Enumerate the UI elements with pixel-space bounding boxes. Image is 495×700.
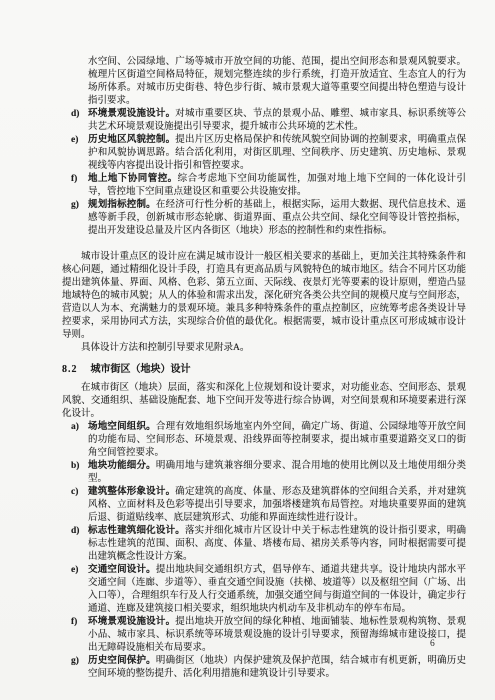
list-item-title: 历史空间保护。 xyxy=(88,656,156,666)
list-item-title: 标志性建筑细化设计。 xyxy=(88,526,185,536)
section-number: 8.2 xyxy=(62,364,78,375)
list-item: e)历史地区风貌控制。提出片区历史格局保护和传统风貌空间协调的控制要求，明确重点… xyxy=(62,134,466,173)
list-item-marker: a) xyxy=(71,421,79,434)
list-item-title: 场地空间组织。 xyxy=(88,422,156,432)
list-item-marker: b) xyxy=(71,460,79,473)
section-title: 城市街区（地块）设计 xyxy=(91,364,191,375)
list-item-title: 环境景观设施设计。 xyxy=(88,109,175,119)
list-item: f)地上地下协同管控。综合考虑地下空间功能属性，加强对地上地下空间的一体化设计引… xyxy=(62,173,466,199)
district-design-list: d)环境景观设施设计。对城市重要区块、节点的景观小品、雕塑、城市家具、标识系统等… xyxy=(62,108,466,238)
list-item-title: 规划指标控制。 xyxy=(88,200,156,210)
document-page: 水空间、公园绿地、广场等城市开放空间的功能、范围，提出空间形态和景观风貌要求。梳… xyxy=(0,0,495,700)
list-item: c)建筑整体形象设计。确定建筑的高度、体量、形态及建筑群体的空间组合关系，并对建… xyxy=(62,486,466,525)
list-item-marker: f) xyxy=(71,173,77,186)
list-item: a)场地空间组织。合理有效地组织场地室内外空间，确定广场、街道、公园绿地等开放空… xyxy=(62,421,466,460)
block-design-list: a)场地空间组织。合理有效地组织场地室内外空间，确定广场、街道、公园绿地等开放空… xyxy=(62,421,466,681)
list-item-title: 环境景观设施设计。 xyxy=(88,617,175,627)
list-item-title: 交通空间设计。 xyxy=(88,565,156,575)
list-item: g)规划指标控制。在经济可行性分析的基础上，根据实际，运用大数据、现代信息技术、… xyxy=(62,199,466,238)
list-item: d)环境景观设施设计。对城市重要区块、节点的景观小品、雕塑、城市家具、标识系统等… xyxy=(62,108,466,134)
list-item: f)环境景观设施设计。提出地块开放空间的绿化种植、地面铺装、地标性景观构筑物、景… xyxy=(62,616,466,655)
page-number: 6 xyxy=(430,638,435,651)
list-item: e)交通空间设计。提出地块间交通组织方式，倡导停车、通道共建共享。设计地块内部水… xyxy=(62,564,466,616)
section-heading: 8.2城市街区（地块）设计 xyxy=(62,363,466,376)
paragraph-key-area: 城市设计重点区的设计应在满足城市设计一般区相关要求的基础上，更加关注其特殊条件和… xyxy=(62,251,466,342)
list-item-marker: d) xyxy=(71,525,79,538)
list-item-title: 地上地下协同管控。 xyxy=(88,174,178,184)
list-item: b)地块功能细分。明确用地与建筑兼容细分要求、混合用地的使用比例以及土地使用细分… xyxy=(62,460,466,486)
list-item: g)历史空间保护。明确街区（地块）内保护建筑及保护范围，结合城市有机更新，明确历… xyxy=(62,655,466,681)
section-intro: 在城市街区（地块）层面，落实和深化上位规划和设计要求，对功能业态、空间形态、景观… xyxy=(62,382,466,421)
list-item-title: 地块功能细分。 xyxy=(88,461,156,471)
list-item-marker: e) xyxy=(71,564,78,577)
list-item-marker: c) xyxy=(71,486,78,499)
list-item-title: 建筑整体形象设计。 xyxy=(88,487,175,497)
list-item-marker: g) xyxy=(71,655,79,668)
list-item-marker: g) xyxy=(71,199,79,212)
continuation-text: 水空间、公园绿地、广场等城市开放空间的功能、范围，提出空间形态和景观风貌要求。梳… xyxy=(62,56,466,108)
list-item-marker: e) xyxy=(71,134,78,147)
list-item-title: 历史地区风貌控制。 xyxy=(88,135,175,145)
list-item-marker: f) xyxy=(71,616,77,629)
paragraph-appendix-note: 具体设计方法和控制引导要求见附录A。 xyxy=(62,342,466,355)
list-item: d)标志性建筑细化设计。落实并细化城市片区设计中关于标志性建筑的设计指引要求，明… xyxy=(62,525,466,564)
list-item-marker: d) xyxy=(71,108,79,121)
